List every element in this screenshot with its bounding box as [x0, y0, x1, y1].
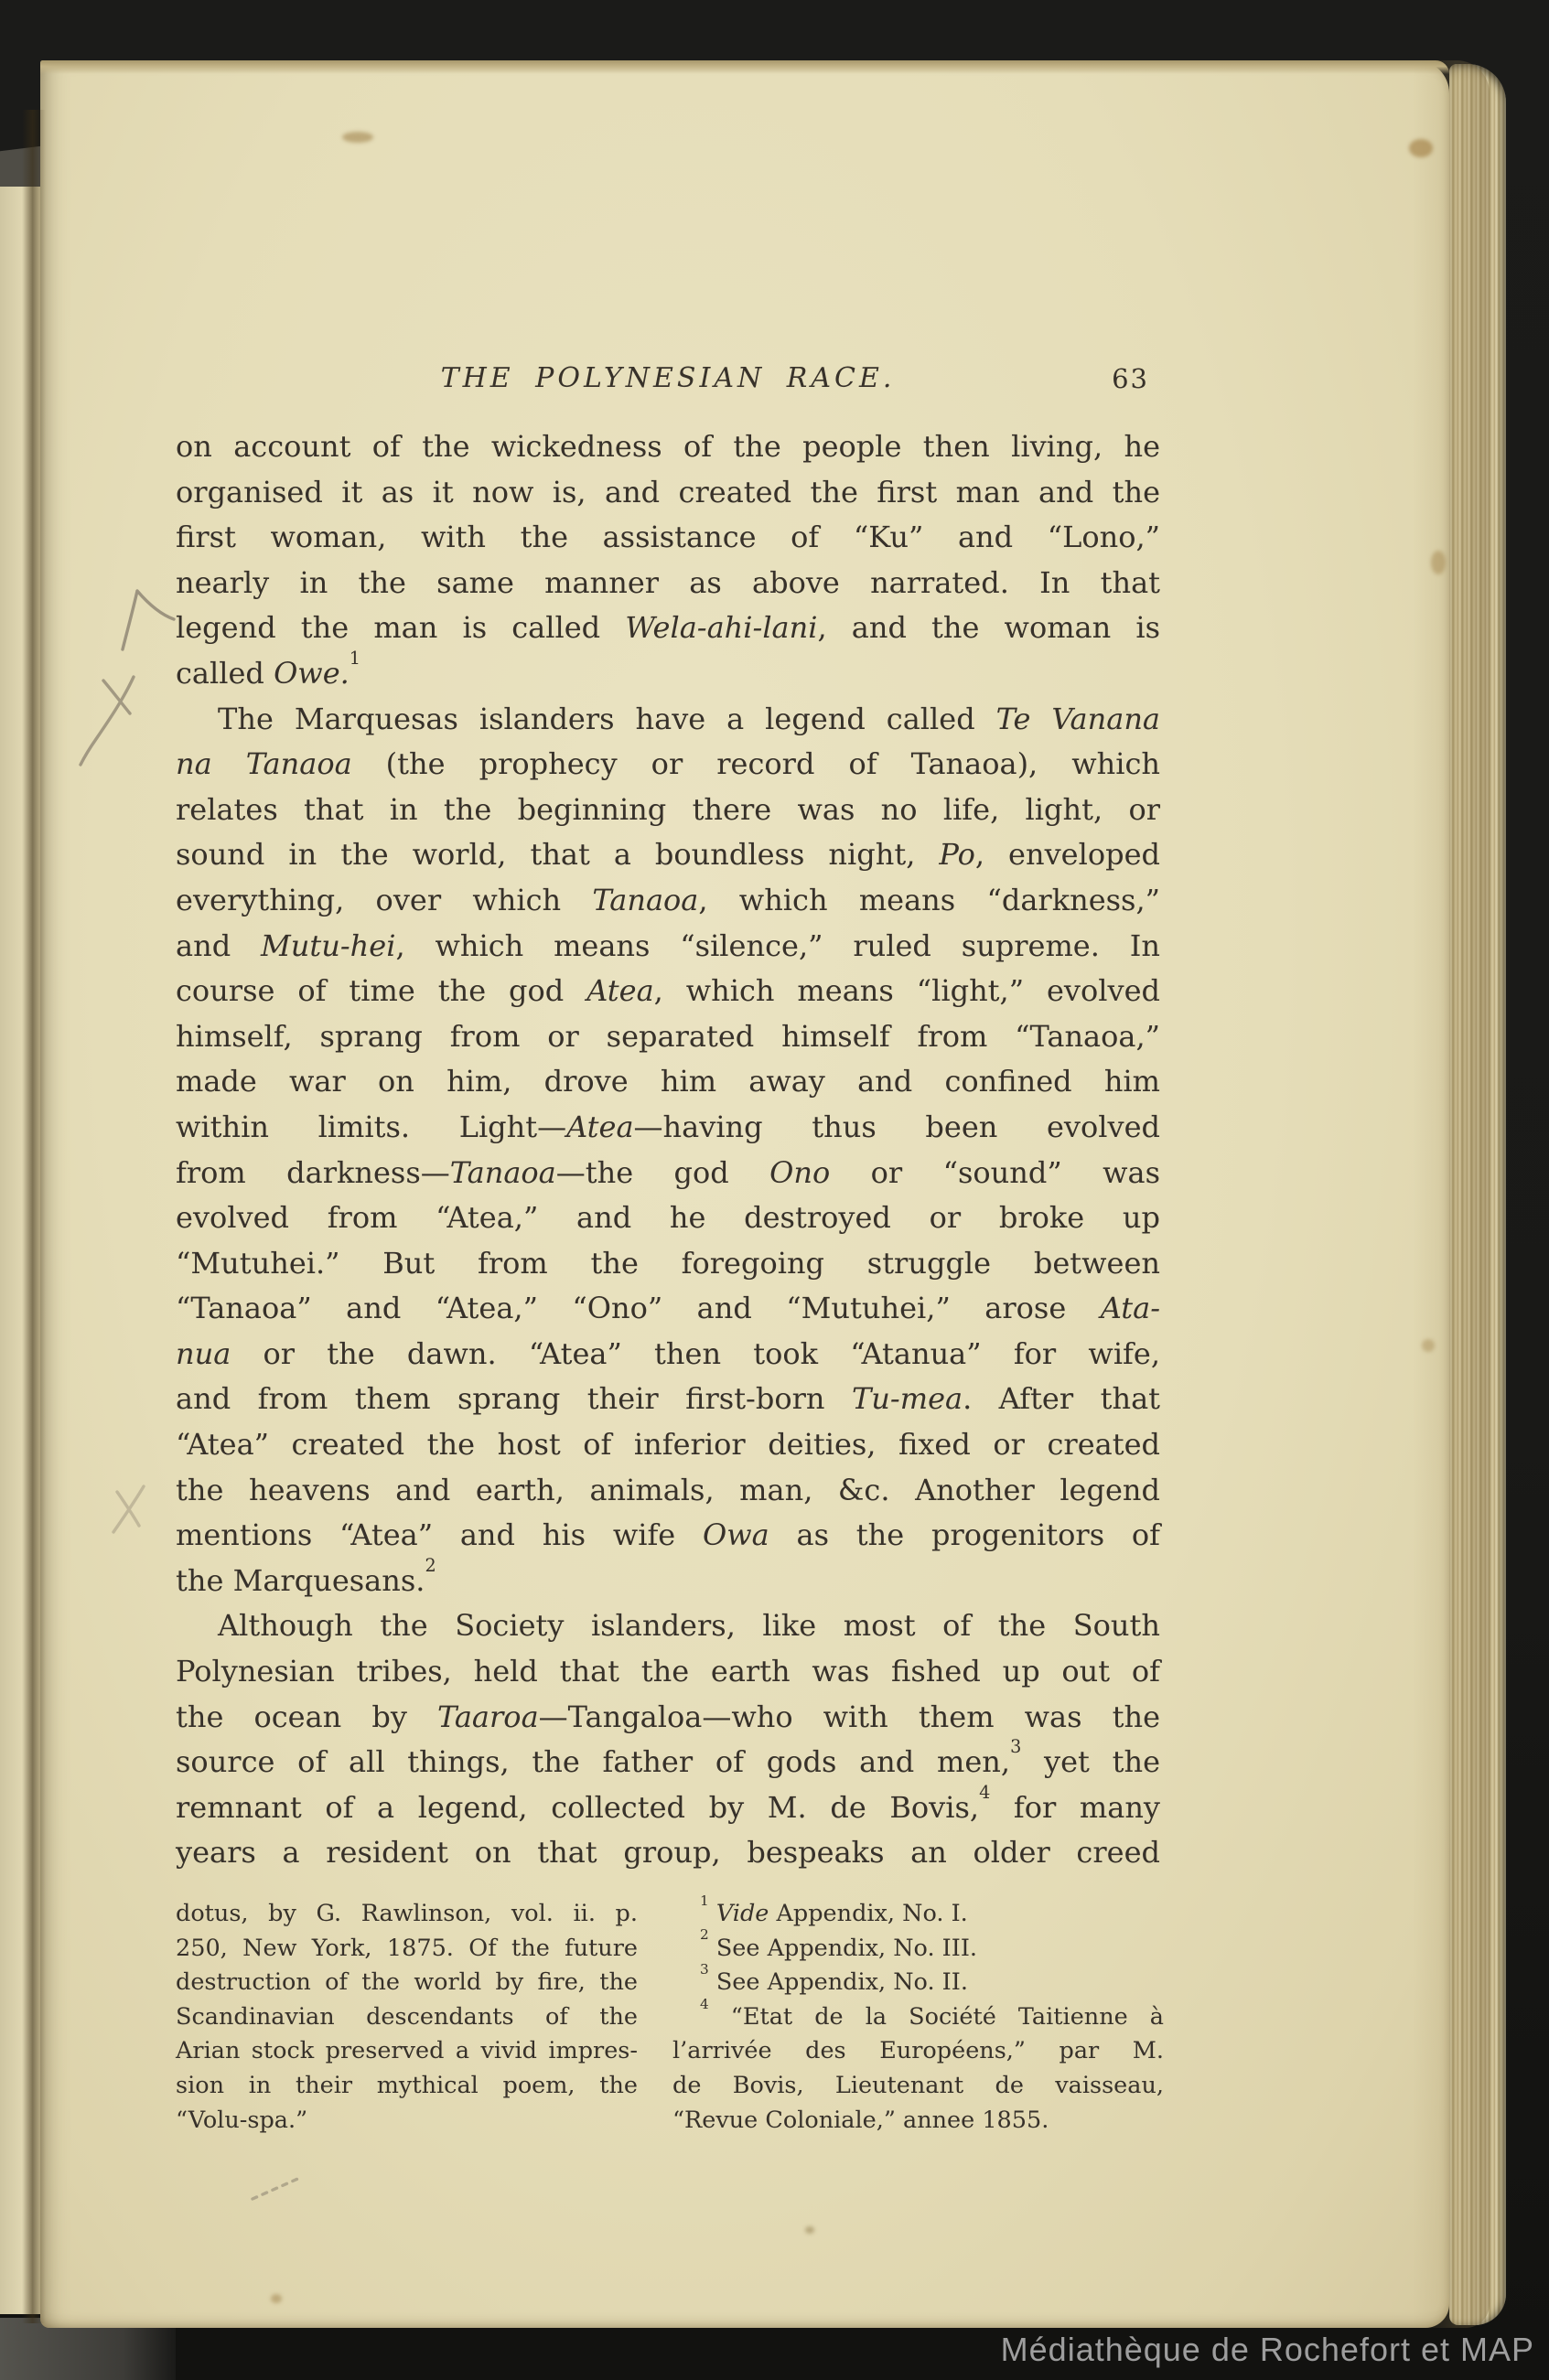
page-title: THE POLYNESIAN RACE.	[176, 362, 1160, 394]
text-segment: —having thus been evolved	[634, 1110, 1160, 1144]
text-segment: Tanaoa	[450, 1155, 556, 1190]
text-line: relates that in the beginning there was …	[176, 788, 1160, 833]
text-line: Although the Society islanders, like mos…	[176, 1603, 1160, 1649]
text-segment: evolved from “Atea,” and he destroyed or…	[176, 1200, 1160, 1235]
text-line: everything, over which Tanaoa, which mea…	[176, 878, 1160, 924]
text-segment: “Mutuhei.” But from the foregoing strugg…	[176, 1246, 1160, 1281]
text-segment: Scandinavian descendants of the	[176, 2003, 638, 2031]
footnote-ref: 4	[979, 1782, 990, 1803]
text-line: and from them sprang their first-born Tu…	[176, 1377, 1160, 1422]
text-segment: from darkness—	[176, 1155, 450, 1190]
text-segment: the Marquesans.	[176, 1563, 425, 1598]
footnote-ref: 3	[1010, 1736, 1021, 1757]
book-page: THE POLYNESIAN RACE. 63 on account of th…	[40, 60, 1449, 2328]
text-line: 2 See Appendix, No. III.	[672, 1932, 1164, 1967]
text-segment: within limits. Light—	[176, 1110, 566, 1144]
text-line: destruction of the world by fire, the	[176, 1966, 638, 2000]
text-segment: Appendix, No. I.	[769, 1900, 967, 1927]
text-line: first woman, with the assistance of “Ku”…	[176, 515, 1160, 561]
text-line: the Marquesans.2	[176, 1559, 1160, 1604]
text-line: sion in their mythical poem, the	[176, 2069, 638, 2104]
stain-spot	[1431, 551, 1446, 574]
text-segment: Owa	[703, 1517, 769, 1552]
text-segment	[709, 1900, 716, 1927]
text-line: himself, sprang from or separated himsel…	[176, 1014, 1160, 1060]
text-segment: destruction of the world by fire, the	[176, 1968, 638, 1996]
text-line: “Mutuhei.” But from the foregoing strugg…	[176, 1241, 1160, 1287]
text-segment: “Etat de la Société Taitienne à	[709, 2003, 1164, 2031]
text-line: within limits. Light—Atea—having thus be…	[176, 1105, 1160, 1151]
text-line: sound in the world, that a boundless nig…	[176, 832, 1160, 878]
watermark: Médiathèque de Rochefort et MAP	[1001, 2331, 1534, 2369]
text-segment: for many	[990, 1790, 1160, 1825]
text-line: Polynesian tribes, held that the earth w…	[176, 1649, 1160, 1695]
text-segment: “Atea” created the host of inferior deit…	[176, 1427, 1160, 1462]
stain-spot	[271, 2294, 282, 2303]
text-segment: nua	[176, 1336, 231, 1371]
text-line: na Tanaoa (the prophecy or record of Tan…	[176, 742, 1160, 788]
binding-gutter-shadow	[22, 110, 46, 2323]
text-segment: de Bovis, Lieutenant de vaisseau,	[672, 2072, 1164, 2099]
text-line: evolved from “Atea,” and he destroyed or…	[176, 1195, 1160, 1241]
stain-spot	[342, 132, 373, 143]
text-segment: , and the woman is	[817, 610, 1160, 645]
text-line: years a resident on that group, bespeaks…	[176, 1830, 1160, 1876]
text-segment: and from them sprang their first-born	[176, 1381, 852, 1416]
text-line: “Atea” created the host of inferior deit…	[176, 1422, 1160, 1468]
text-segment: or “sound” was	[830, 1155, 1160, 1190]
footnote-ref: 1	[700, 1892, 709, 1909]
text-line: “Revue Coloniale,” annee 1855.	[672, 2104, 1164, 2139]
text-segment: relates that in the beginning there was …	[176, 792, 1160, 827]
text-segment: (the prophecy or record of Tanaoa), whic…	[352, 746, 1160, 781]
text-segment: or the dawn. “Atea” then took “Atanua” f…	[231, 1336, 1160, 1371]
text-segment: organised it as it now is, and created t…	[176, 475, 1160, 509]
text-segment: sound in the world, that a boundless nig…	[176, 837, 939, 872]
text-segment: made war on him, drove him away and conf…	[176, 1064, 1160, 1099]
text-segment: Polynesian tribes, held that the earth w…	[176, 1654, 1160, 1689]
text-segment: Taaroa	[437, 1699, 539, 1734]
text-segment: yet the	[1021, 1744, 1160, 1779]
text-segment: on account of the wickedness of the peop…	[176, 429, 1160, 464]
text-segment: Wela-ahi-lani	[625, 610, 817, 645]
stain-spot	[805, 2226, 814, 2234]
text-segment: everything, over which	[176, 883, 592, 917]
text-segment: Te Vanana	[996, 702, 1160, 736]
text-segment: 250, New York, 1875. Of the future	[176, 1935, 638, 1962]
text-line: the ocean by Taaroa—Tangaloa—who with th…	[176, 1695, 1160, 1741]
text-segment: , which means “silence,” ruled supreme. …	[395, 928, 1160, 963]
text-line: 3 See Appendix, No. II.	[672, 1966, 1164, 2000]
text-line: mentions “Atea” and his wife Owa as the …	[176, 1513, 1160, 1559]
text-line: dotus, by G. Rawlinson, vol. ii. p.	[176, 1897, 638, 1932]
footnote-ref: 1	[350, 648, 360, 669]
text-segment: Vide	[716, 1900, 769, 1927]
stain-spot	[1422, 1339, 1435, 1352]
text-segment: sion in their mythical poem, the	[176, 2072, 638, 2099]
text-line: “Volu-spa.”	[176, 2104, 638, 2139]
text-segment: the heavens and earth, animals, man, &c.…	[176, 1473, 1160, 1507]
text-segment: remnant of a legend, collected by M. de …	[176, 1790, 979, 1825]
text-segment: Atea	[586, 973, 653, 1008]
text-line: l’arrivée des Européens,” par M.	[672, 2034, 1164, 2069]
text-segment: Tanaoa	[592, 883, 698, 917]
text-line: course of time the god Atea, which means…	[176, 969, 1160, 1014]
text-segment: legend the man is called	[176, 610, 625, 645]
footnote-ref: 3	[700, 1961, 709, 1978]
text-line: called Owe.1	[176, 651, 1160, 697]
text-line: nua or the dawn. “Atea” then took “Atanu…	[176, 1332, 1160, 1378]
text-segment: Atea	[566, 1110, 633, 1144]
footnote-ref: 2	[425, 1555, 436, 1576]
page-number: 63	[1112, 363, 1149, 394]
footnote-ref: 2	[700, 1926, 709, 1943]
text-line: legend the man is called Wela-ahi-lani, …	[176, 606, 1160, 651]
text-segment: the ocean by	[176, 1699, 437, 1734]
text-segment: The Marquesas islanders have a legend ca…	[218, 702, 996, 736]
text-segment: Ono	[769, 1155, 830, 1190]
fore-edge-shading	[1413, 60, 1490, 2328]
text-segment: Ata-	[1101, 1291, 1160, 1325]
text-line: nearly in the same manner as above narra…	[176, 561, 1160, 606]
text-segment: “Volu-spa.”	[176, 2107, 307, 2134]
text-segment: Although the Society islanders, like mos…	[218, 1608, 1160, 1643]
text-line: Arian stock preserved a vivid impres-	[176, 2034, 638, 2069]
text-segment: “Revue Coloniale,” annee 1855.	[672, 2107, 1049, 2134]
page-top-deckle-edge	[40, 60, 1449, 74]
footnotes: dotus, by G. Rawlinson, vol. ii. p.250, …	[176, 1897, 1164, 2138]
text-line: and Mutu-hei, which means “silence,” rul…	[176, 924, 1160, 970]
text-segment: source of all things, the father of gods…	[176, 1744, 1010, 1779]
book-scan-photo: THE POLYNESIAN RACE. 63 on account of th…	[0, 0, 1549, 2380]
body-text: on account of the wickedness of the peop…	[176, 424, 1160, 1876]
text-segment: See Appendix, No. II.	[709, 1968, 968, 1996]
text-segment: na Tanaoa	[176, 746, 352, 781]
text-line: source of all things, the father of gods…	[176, 1740, 1160, 1785]
text-line: remnant of a legend, collected by M. de …	[176, 1785, 1160, 1831]
text-segment: “Tanaoa” and “Atea,” “Ono” and “Mutuhei,…	[176, 1291, 1101, 1325]
footnote-ref: 4	[700, 1996, 709, 2012]
text-segment: , which means “light,” evolved	[654, 973, 1160, 1008]
text-line: Scandinavian descendants of the	[176, 2000, 638, 2035]
text-segment: and	[176, 928, 261, 963]
text-segment: l’arrivée des Européens,” par M.	[672, 2037, 1164, 2064]
text-segment: —Tangaloa—who with them was the	[539, 1699, 1160, 1734]
text-segment: Arian stock preserved a vivid impres-	[176, 2037, 638, 2064]
text-segment: mentions “Atea” and his wife	[176, 1517, 703, 1552]
text-segment: himself, sprang from or separated himsel…	[176, 1019, 1160, 1054]
text-segment: nearly in the same manner as above narra…	[176, 565, 1160, 600]
text-segment: Tu-mea	[852, 1381, 963, 1416]
text-segment: course of time the god	[176, 973, 586, 1008]
text-line: on account of the wickedness of the peop…	[176, 424, 1160, 470]
text-segment: as the progenitors of	[769, 1517, 1160, 1552]
running-header: THE POLYNESIAN RACE. 63	[176, 362, 1160, 404]
text-line: made war on him, drove him away and conf…	[176, 1059, 1160, 1105]
text-segment: Mutu-hei	[261, 928, 395, 963]
text-segment: , enveloped	[975, 837, 1160, 872]
footnote-column-right: 1 Vide Appendix, No. I.2 See Appendix, N…	[672, 1897, 1164, 2138]
text-line: organised it as it now is, and created t…	[176, 470, 1160, 516]
stain-spot	[1409, 139, 1433, 157]
text-line: “Tanaoa” and “Atea,” “Ono” and “Mutuhei,…	[176, 1286, 1160, 1332]
text-segment: Owe.	[274, 656, 350, 691]
text-line: The Marquesas islanders have a legend ca…	[176, 697, 1160, 743]
text-segment: years a resident on that group, bespeaks…	[176, 1835, 1160, 1870]
text-line: 4 “Etat de la Société Taitienne à	[672, 2000, 1164, 2035]
text-segment: dotus, by G. Rawlinson, vol. ii. p.	[176, 1900, 638, 1927]
text-line: the heavens and earth, animals, man, &c.…	[176, 1468, 1160, 1514]
text-segment: , which means “darkness,”	[698, 883, 1160, 917]
text-segment: . After that	[963, 1381, 1160, 1416]
text-segment: —the god	[556, 1155, 769, 1190]
text-line: 250, New York, 1875. Of the future	[176, 1932, 638, 1967]
text-segment: first woman, with the assistance of “Ku”…	[176, 520, 1160, 554]
text-segment: called	[176, 656, 274, 691]
text-line: de Bovis, Lieutenant de vaisseau,	[672, 2069, 1164, 2104]
footnote-column-left: dotus, by G. Rawlinson, vol. ii. p.250, …	[176, 1897, 638, 2138]
text-line: from darkness—Tanaoa—the god Ono or “sou…	[176, 1151, 1160, 1196]
text-segment: See Appendix, No. III.	[709, 1935, 977, 1962]
text-segment: Po	[939, 837, 975, 872]
text-line: 1 Vide Appendix, No. I.	[672, 1897, 1164, 1932]
